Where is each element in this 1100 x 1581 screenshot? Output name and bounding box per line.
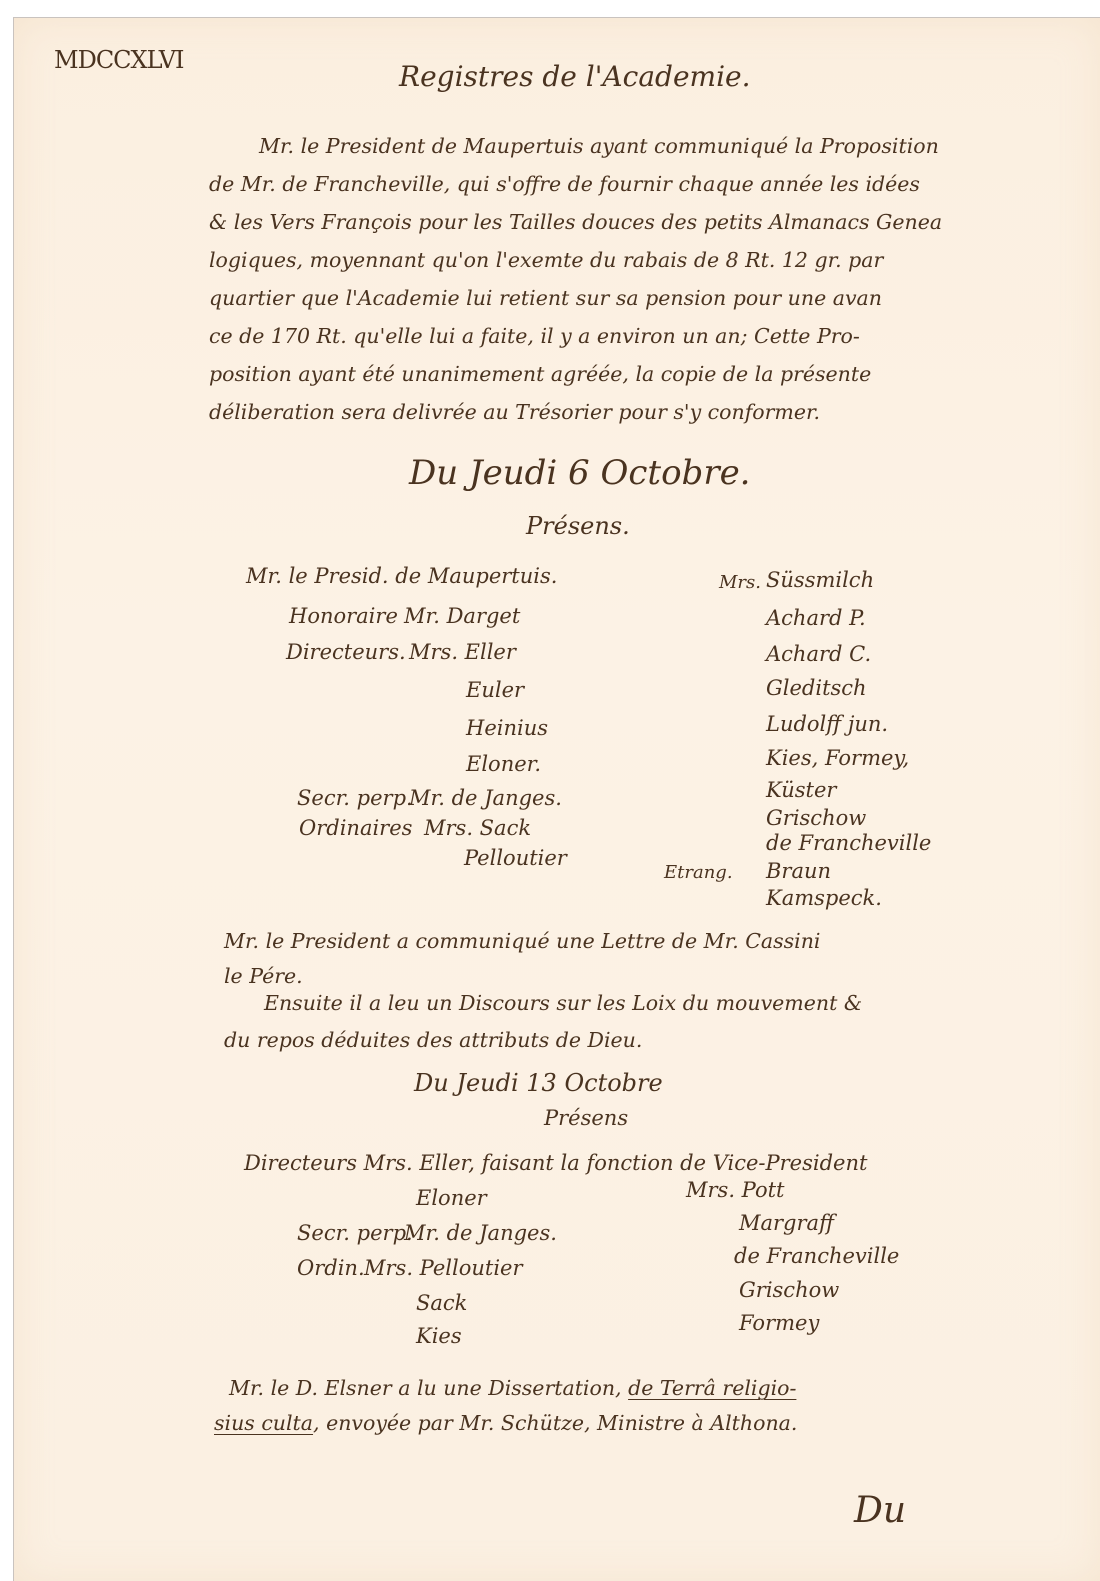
text-line: & les Vers François pour les Tailles dou…: [209, 212, 942, 233]
year-margin-note: MDCCXLVI: [54, 48, 184, 72]
member-name: Braun: [766, 861, 831, 882]
text-line: Mr. le D. Elsner a lu une Dissertation, …: [229, 1378, 796, 1399]
page-title: Registres de l'Academie.: [399, 63, 751, 91]
directors-line: Directeurs Mrs. Eller, faisant la foncti…: [244, 1153, 867, 1174]
role-label: Secr. perp.: [297, 1223, 413, 1244]
member-name: Heinius: [466, 718, 548, 739]
member-name: Gleditsch: [766, 678, 867, 699]
member-name: Kamspeck.: [766, 888, 882, 909]
member-name: Mrs. Pott: [686, 1180, 784, 1201]
member-name: Eloner: [416, 1188, 487, 1209]
member-name: Kies: [416, 1326, 462, 1347]
role-label: Honoraire: [289, 606, 398, 627]
text-segment: Mr. le D. Elsner a lu une Dissertation,: [229, 1376, 628, 1400]
member-name: Sack: [416, 1293, 467, 1314]
text-line: sius culta, envoyée par Mr. Schütze, Min…: [214, 1413, 797, 1434]
member-name: Mrs. Eller: [409, 642, 516, 663]
text-line: le Pére.: [224, 966, 303, 987]
member-name: Süssmilch: [766, 570, 874, 591]
latin-title-underlined: sius culta: [214, 1411, 313, 1435]
text-line: du repos déduites des attributs de Dieu.: [224, 1030, 642, 1051]
member-name: Grischow: [739, 1280, 839, 1301]
text-segment: , envoyée par Mr. Schütze, Ministre à Al…: [313, 1411, 797, 1435]
member-name: Mrs. Pelloutier: [364, 1258, 523, 1279]
text-line: Mr. le President de Maupertuis ayant com…: [259, 136, 939, 157]
member-name: Eloner.: [466, 754, 541, 775]
member-name: Mrs. Sack: [424, 818, 531, 839]
catchword: Du: [854, 1493, 906, 1529]
member-name: Pelloutier: [464, 848, 567, 869]
member-name: Ludolff jun.: [766, 714, 888, 735]
member-name: Mr. Darget: [404, 606, 520, 627]
presens-heading: Présens: [544, 1108, 628, 1129]
text-line: ce de 170 Rt. qu'elle lui a faite, il y …: [209, 326, 860, 347]
member-name: de Francheville: [734, 1246, 899, 1267]
text-line: Ensuite il a leu un Discours sur les Loi…: [264, 993, 862, 1014]
member-name: Achard P.: [766, 608, 866, 629]
role-label: Ordin.: [297, 1258, 365, 1279]
text-line: quartier que l'Academie lui retient sur …: [209, 288, 882, 309]
role-label: Ordinaires: [299, 818, 412, 839]
president-line: Mr. le Presid. de Maupertuis.: [246, 566, 557, 587]
member-name: Grischow: [766, 808, 866, 829]
role-label: Secr. perp.: [297, 788, 413, 809]
manuscript-page: MDCCXLVI Registres de l'Academie. Mr. le…: [13, 17, 1100, 1581]
text-line: déliberation sera delivrée au Trésorier …: [209, 402, 820, 423]
session-date: Du Jeudi 6 Octobre.: [409, 456, 751, 490]
session-date: Du Jeudi 13 Octobre: [414, 1071, 663, 1095]
member-name: Formey: [739, 1313, 819, 1334]
member-name: de Francheville: [766, 833, 931, 854]
text-line: position ayant été unanimement agréée, l…: [209, 364, 871, 385]
text-line: logiques, moyennant qu'on l'exemte du ra…: [209, 250, 883, 271]
text-line: de Mr. de Francheville, qui s'offre de f…: [209, 174, 920, 195]
member-name: Euler: [466, 680, 524, 701]
presens-heading: Présens.: [526, 514, 630, 538]
right-prefix: Mrs.: [719, 574, 761, 592]
member-name: Margraff: [739, 1213, 834, 1234]
text-line: Mr. le President a communiqué une Lettre…: [224, 931, 821, 952]
member-name: Mr. de Janges.: [409, 788, 562, 809]
etrangers-label: Etrang.: [664, 864, 733, 882]
role-label: Directeurs.: [286, 642, 406, 663]
member-name: Kies, Formey,: [766, 748, 909, 769]
member-name: Küster: [766, 780, 836, 801]
member-name: Achard C.: [766, 644, 871, 665]
latin-title-underlined: de Terrâ religio-: [628, 1376, 796, 1400]
member-name: Mr. de Janges.: [404, 1223, 557, 1244]
